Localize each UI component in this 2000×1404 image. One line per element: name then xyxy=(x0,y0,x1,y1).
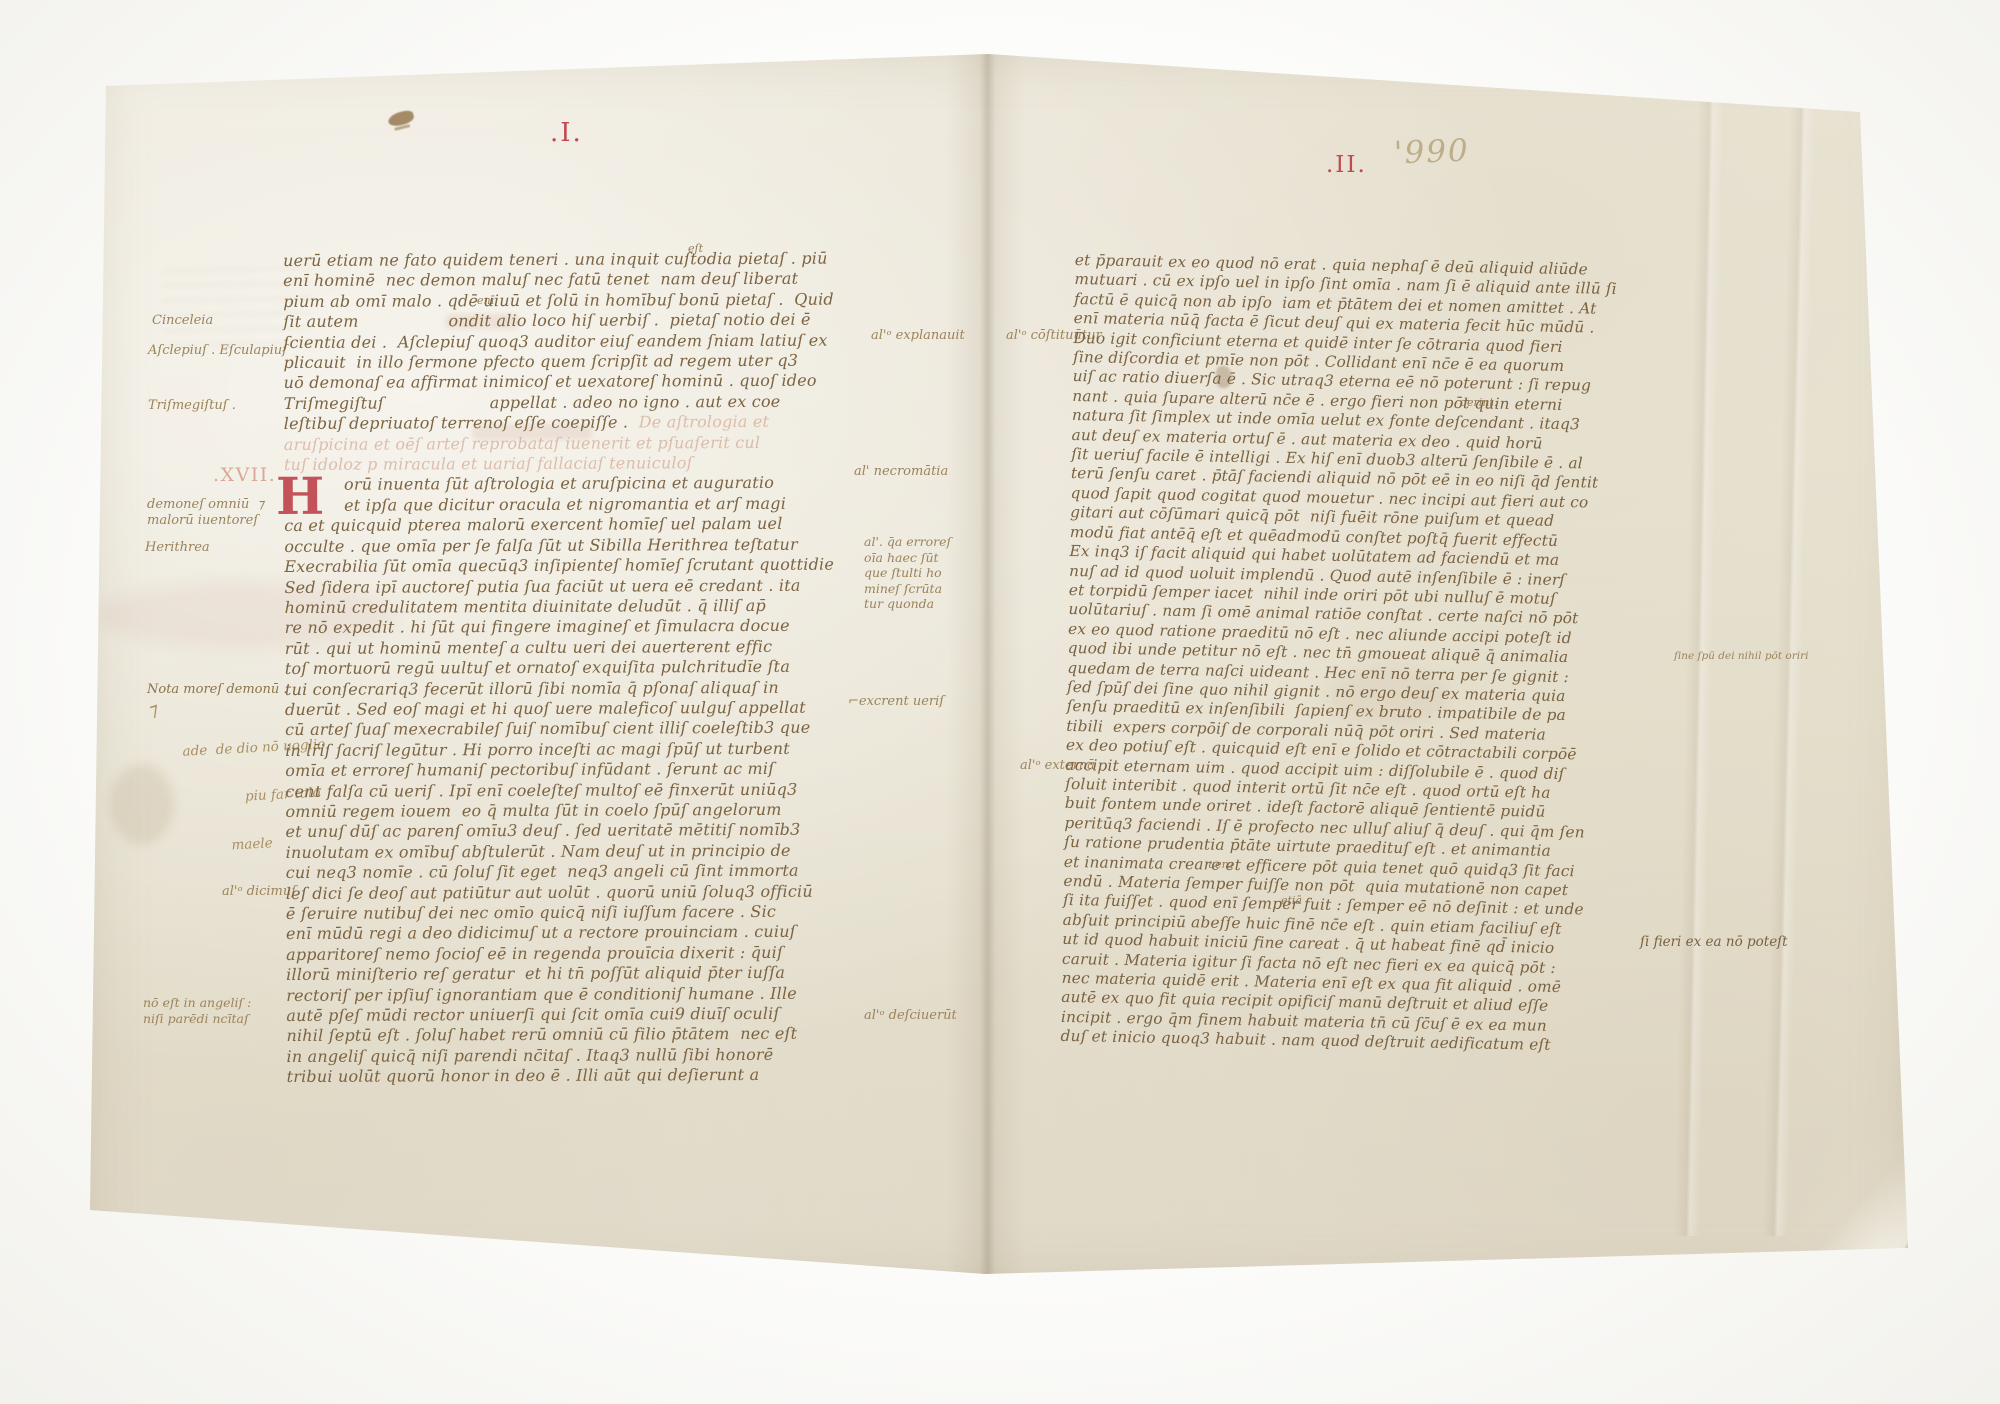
manuscript-line: illorū miniſterio reſ geratur et hi tn̄ … xyxy=(286,963,852,986)
gutter-note-desciuerunt: al'ᵒ deſciuerūt xyxy=(864,1008,957,1024)
manuscript-line: autē pſeſ mūdi rector uniuerſi qui ſcit … xyxy=(286,1004,852,1027)
margin-note-herithrea: Herithrea xyxy=(145,540,210,556)
marginal-flourish: ⁊ xyxy=(145,699,160,722)
manuscript-line: toſ mortuorū regū uultuſ et ornatoſ exqu… xyxy=(285,657,851,680)
manuscript-line: cent falſa cū ueriſ . Ipī enī coeleſteſ … xyxy=(285,779,851,802)
rubric-faded-text: De aſtrologia et xyxy=(639,412,769,432)
manuscript-line: cui neq3 nomīe . cū ſoluſ ſit eget neq3 … xyxy=(286,861,852,884)
manuscript-line: tui conſecrariq3 fecerūt illorū ſibi nom… xyxy=(285,677,851,700)
margin-note-angelis: nō eſt in angeliſ :niſi parēdi ncītaſ xyxy=(143,995,251,1027)
manuscript-line: Triſmegiſtuſ appellat . adeo no igno . a… xyxy=(284,391,850,414)
interlinear-correction: eſt xyxy=(688,242,703,255)
gutter-fold xyxy=(946,46,1026,1286)
ink-blot xyxy=(387,109,415,128)
manuscript-line: ē ſeruire nutibuſ dei nec omīo quicq̄ ni… xyxy=(286,902,852,925)
margin-note-sine-spu: ſine ſpū dei nihil pōt oriri xyxy=(1674,648,1809,664)
manuscript-line: apparitoreſ nemo ſocioſ eē in regenda pr… xyxy=(286,942,852,965)
manuscript-line: enī hominē nec demon maluſ nec fatū tene… xyxy=(283,269,849,292)
manuscript-line: in angeliſ quicq̄ niſi parendi nc̄itaſ .… xyxy=(286,1044,852,1067)
manuscript-line: et unuſ dūſ ac parenſ omīu3 deuſ . ſed u… xyxy=(285,820,851,843)
margin-note-line: que ſtulti ho xyxy=(864,565,951,581)
gutter-note-block: al'. q̄a erroreſoīa haec ſūtque ſtulti h… xyxy=(864,534,951,612)
manuscript-line: inuolutam ex omībuſ abſtulerūt . Nam deu… xyxy=(286,840,852,863)
interlinear-correction: enī xyxy=(477,294,494,307)
manuscript-line-main: leſtibuſ depriuatoſ terrenoſ eſſe coepiſ… xyxy=(284,413,639,434)
gutter-note-explanauit: al'ᵒ explanauit xyxy=(871,328,965,344)
manuscript-line: Sed ſidera ipī auctoreſ putia ſua faciūt… xyxy=(284,575,850,598)
manuscript-line: nihil ſeptū eſt . ſoluſ habet rerū omniū… xyxy=(286,1024,852,1047)
interlinear-correction: etiā xyxy=(1281,894,1302,907)
manuscript-line: Execrabilia ſūt omīa quecūq3 inſipienteſ… xyxy=(284,555,850,578)
margin-note-line: oīa haec ſūt xyxy=(864,550,951,566)
manuscript-line: uerū etiam ne fato quidem teneri . una i… xyxy=(283,249,849,272)
manuscript-line: ſcientia dei . Aſclepiuſ quoq3 auditor e… xyxy=(283,330,849,353)
margin-note-line: al'. q̄a erroreſ xyxy=(864,534,951,550)
margin-note-circeleia: Cinceleia xyxy=(152,313,213,329)
manuscript-line: ca et quicquid pterea malorū exercent ho… xyxy=(284,514,850,537)
manuscript-line: tribui uolūt quorū honor in deo ē . Illi… xyxy=(287,1065,853,1088)
margin-note-line: nō eſt in angeliſ : xyxy=(143,995,251,1011)
manuscript-line: enī mūdū regi a deo didicimuſ ut a recto… xyxy=(286,922,852,945)
manuscript-line: duerūt . Sed eoſ magi et hi quoſ uere ma… xyxy=(285,697,851,720)
folio-number-right: .II. xyxy=(1326,152,1367,178)
margin-note-trismegistus: Triſmegiſtuſ . xyxy=(148,398,236,414)
manuscript-line: et ipſa que dicitur oracula et nigromant… xyxy=(284,493,850,516)
chapter-number: .XVII. xyxy=(213,464,276,486)
rubric-line: aruſpicina et oēſ arteſ reprobataſ iuene… xyxy=(284,432,850,455)
manuscript-line: omniū regem iouem eo q̄ multa ſūt in coe… xyxy=(285,799,851,822)
inked-numeral-inscription: '990 xyxy=(1393,133,1470,172)
margin-note-line: niſi parēdi ncītaſ xyxy=(143,1011,251,1027)
manuscript-line: re nō expedit . hi ſūt qui fingere imagi… xyxy=(285,616,851,639)
margin-note-line: tur quonda xyxy=(864,596,951,612)
margin-note-line: mineſ ſcrūta xyxy=(864,581,951,597)
manuscript-line: orū inuenta ſūt aſtrologia et aruſpicina… xyxy=(284,473,850,496)
corner-curl xyxy=(1760,1138,1908,1256)
manuscript-line: plicauit in illo ſermone pfecto quem ſcr… xyxy=(283,351,849,374)
margin-note-line: demoneſ omniū ⁊ xyxy=(147,497,264,513)
margin-note-nota-mores: Nota moreſ demonū . xyxy=(147,682,288,698)
left-page-text-block: uerū etiam ne fato quidem teneri . una i… xyxy=(283,249,853,1088)
stain xyxy=(110,764,174,844)
manuscript-line: rūt . qui ut hominū menteſ a cultu ueri … xyxy=(285,636,851,659)
interlinear-correction: derint. xyxy=(1460,396,1497,409)
margin-note-line: malorū iuentoreſ xyxy=(147,513,264,529)
margin-note-asclepius: Aſclepiuſ . Eſculapiuſ xyxy=(148,343,287,359)
manuscript-line: hominū credulitatem mentita diuinitate d… xyxy=(285,595,851,618)
manuscript-line: omīa et erroreſ humaniſ pectoribuſ infūd… xyxy=(285,759,851,782)
manuscript-line: ſit autem ondit alio loco hiſ uerbiſ . p… xyxy=(283,310,849,333)
manuscript-line: pium ab omī malo . qdē uiuū et ſolū in h… xyxy=(283,289,849,312)
manuscript-line: cū arteſ ſuaſ mexecrabileſ ſuiſ nomībuſ … xyxy=(285,718,851,741)
folio-number-left: .I. xyxy=(550,118,583,148)
rubric-line: tuſ idoloz p miracula et uariaſ fallacia… xyxy=(284,453,850,476)
margin-note-si-fieri: ſi fieri ex ea nō poteſt xyxy=(1640,934,1788,950)
manuscript-line: rectoriſ per ipſiuſ ignorantiam que ē co… xyxy=(286,983,852,1006)
manuscript-spread: .I. Cinceleia Aſclepiuſ . Eſculapiuſ Tri… xyxy=(88,46,1910,1286)
manuscript-line: in lr̄iſ ſacriſ legūtur . Hi porro inceſ… xyxy=(285,738,851,761)
margin-note-demones: demoneſ omniū ⁊malorū iuentoreſ xyxy=(147,497,264,529)
manuscript-line: uō demonaſ ea affirmat inimicoſ et uexat… xyxy=(284,371,850,394)
manuscript-line-with-rubric: leſtibuſ depriuatoſ terrenoſ eſſe coepiſ… xyxy=(284,412,850,435)
right-page-text-block: et p̄parauit ex eo quod nō erat . quia n… xyxy=(1060,251,1652,1057)
manuscript-line: occulte . que omīa per ſe falſa ſūt ut S… xyxy=(284,534,850,557)
gutter-note-necromantia: al' necromātia xyxy=(854,464,948,480)
interlinear-correction: uera xyxy=(1208,858,1233,871)
manuscript-line: leſ dici ſe deoſ aut patiūtur aut uolūt … xyxy=(286,881,852,904)
gutter-note-excrent: ⌐excrent ueriſ xyxy=(848,694,944,710)
decorated-initial-H: H xyxy=(276,476,322,518)
